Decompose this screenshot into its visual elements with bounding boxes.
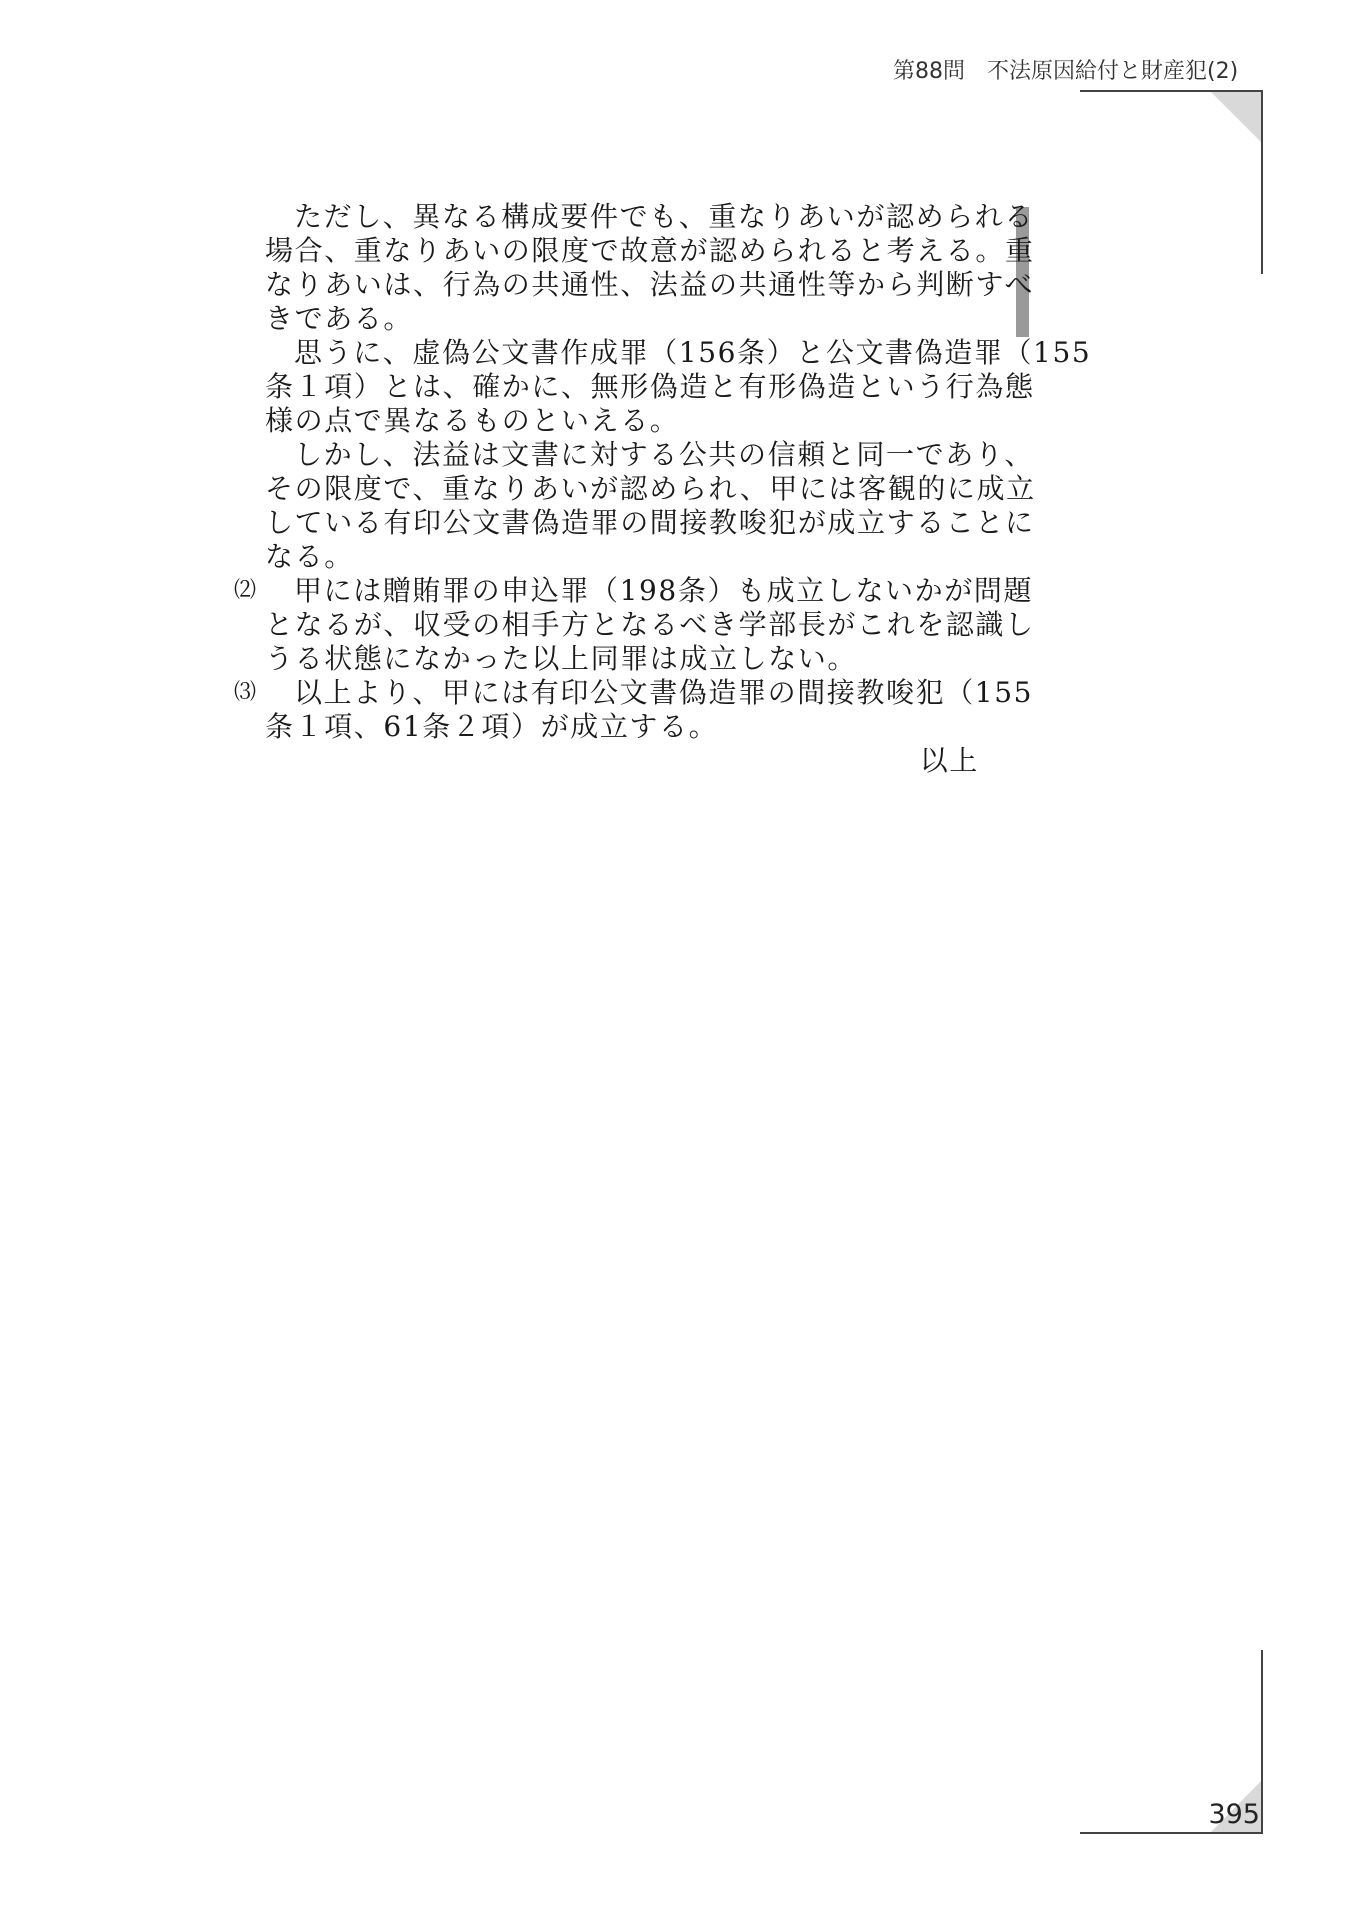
text-line: うる状態になかった以上同罪は成立しない。 [265,642,981,676]
text-line: 条１項）とは、確かに、無形偽造と有形偽造という行為態 [236,370,981,404]
top-margin-rule [1261,90,1263,274]
paragraph-2: 思うに、虚偽公文書作成罪（156条）と公文書偽造罪（155 条１項）とは、確かに… [265,336,981,438]
text-line: きである。 [236,302,981,336]
text-line: なる。 [236,540,981,574]
running-header: 第88問不法原因給付と財産犯(2) [893,54,1265,85]
body-text: ただし、異なる構成要件でも、重なりあいが認められる 場合、重なりあいの限度で故意… [265,200,981,778]
footer-rule [1080,1832,1263,1834]
item-marker: ⑵ [234,574,258,608]
text-line: 思うに、虚偽公文書作成罪（156条）と公文書偽造罪（155 [265,336,981,370]
chapter-title: 不法原因給付と財産犯(2) [987,59,1238,84]
closing-mark: 以上 [265,744,981,778]
list-item-2: ⑵ 甲には贈賄罪の申込罪（198条）も成立しないかが問題 となるが、収受の相手方… [265,574,981,676]
text-line: 様の点で異なるものといえる。 [236,404,981,438]
problem-number: 第88問 [893,59,965,84]
text-line: となるが、収受の相手方となるべき学部長がこれを認識し [265,608,981,642]
paragraph-3: しかし、法益は文書に対する公共の信頼と同一であり、 その限度で、重なりあいが認め… [265,438,981,574]
text-line: している有印公文書偽造罪の間接教唆犯が成立することに [236,506,981,540]
list-item-3: ⑶ 以上より、甲には有印公文書偽造罪の間接教唆犯（155 条１項、61条２項）が… [265,676,981,744]
text-line: 甲には贈賄罪の申込罪（198条）も成立しないかが問題 [265,574,981,608]
item-marker: ⑶ [234,676,258,710]
page-number: 395 [1208,1799,1260,1830]
text-line: ただし、異なる構成要件でも、重なりあいが認められる [265,200,981,234]
text-line: しかし、法益は文書に対する公共の信頼と同一であり、 [265,438,981,472]
top-corner-triangle [1211,92,1261,142]
text-line: 場合、重なりあいの限度で故意が認められると考える。重 [236,234,981,268]
paragraph-1: ただし、異なる構成要件でも、重なりあいが認められる 場合、重なりあいの限度で故意… [265,200,981,336]
text-line: なりあいは、行為の共通性、法益の共通性等から判断すべ [236,268,981,302]
bottom-margin-rule [1261,1650,1263,1834]
text-line: 以上より、甲には有印公文書偽造罪の間接教唆犯（155 [265,676,981,710]
text-line: その限度で、重なりあいが認められ、甲には客観的に成立 [236,472,981,506]
text-line: 条１項、61条２項）が成立する。 [265,710,981,744]
